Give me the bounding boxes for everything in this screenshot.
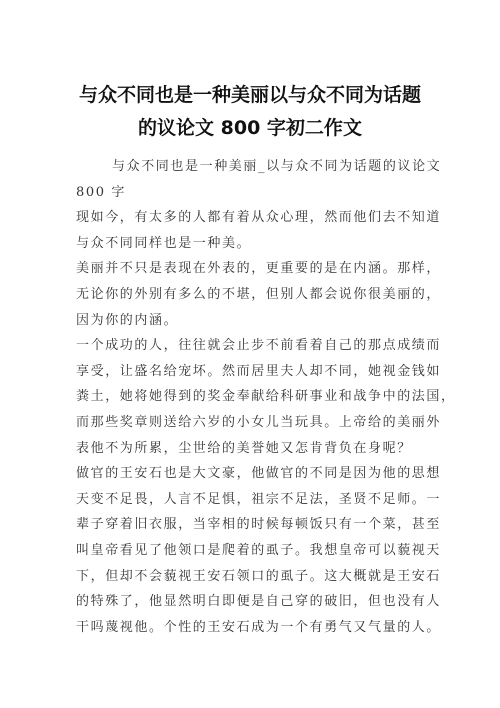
document-title-line-2: 的议论文 800 字初二作文: [0, 113, 500, 140]
paragraph-4-line-5: 下，但却不会藐视王安石领口的虱子。这大概就是王安石: [76, 564, 421, 590]
document-title-line-1: 与众不同也是一种美丽以与众不同为话题: [0, 80, 500, 107]
subtitle-line-2: 800 字: [76, 180, 421, 206]
paragraph-3-line-4: 而那些奖章则送给六岁的小女儿当玩具。上帝给的美丽外: [76, 410, 421, 436]
paragraph-3-line-2: 享受，让盛名给宠坏。然而居里夫人却不同，她视金钱如: [76, 359, 421, 385]
paragraph-1-line-2: 与众不同同样也是一种美。: [76, 231, 421, 257]
paragraph-4-line-7: 干吗蔑视他。个性的王安石成为一个有勇气又气量的人。: [76, 615, 421, 641]
paragraph-2-line-2: 无论你的外别有多么的不堪，但别人都会说你很美丽的，: [76, 282, 421, 308]
paragraph-3-line-1: 一个成功的人，往往就会止步不前看着自己的那点成绩而: [76, 333, 421, 359]
document-body: 与众不同也是一种美丽_以与众不同为话题的议论文 800 字 现如今，有太多的人都…: [76, 154, 421, 640]
paragraph-3-line-3: 粪土，她将她得到的奖金奉献给科研事业和战争中的法国，: [76, 384, 421, 410]
paragraph-4-line-6: 的特殊了，他显然明白即便是自己穿的破旧，但也没有人: [76, 589, 421, 615]
subtitle-line-1: 与众不同也是一种美丽_以与众不同为话题的议论文: [76, 154, 421, 180]
paragraph-4-line-2: 天变不足畏，人言不足惧，祖宗不足法，圣贤不足师。一: [76, 487, 421, 513]
paragraph-1-line-1: 现如今，有太多的人都有着从众心理，然而他们去不知道: [76, 205, 421, 231]
paragraph-3-line-5: 表他不为所累，尘世给的美誉她又怎肯背负在身呢？: [76, 436, 421, 462]
document-page: 与众不同也是一种美丽以与众不同为话题 的议论文 800 字初二作文 与众不同也是…: [0, 0, 500, 708]
paragraph-4-line-3: 辈子穿着旧衣服，当宰相的时候每顿饭只有一个菜，甚至: [76, 512, 421, 538]
paragraph-4-line-1: 做官的王安石也是大文豪，他做官的不同是因为他的思想: [76, 461, 421, 487]
paragraph-2-line-3: 因为你的内涵。: [76, 308, 421, 334]
paragraph-4-line-4: 叫皇帝看见了他领口是爬着的虱子。我想皇帝可以藐视天: [76, 538, 421, 564]
paragraph-2-line-1: 美丽并不只是表现在外表的，更重要的是在内涵。那样，: [76, 256, 421, 282]
